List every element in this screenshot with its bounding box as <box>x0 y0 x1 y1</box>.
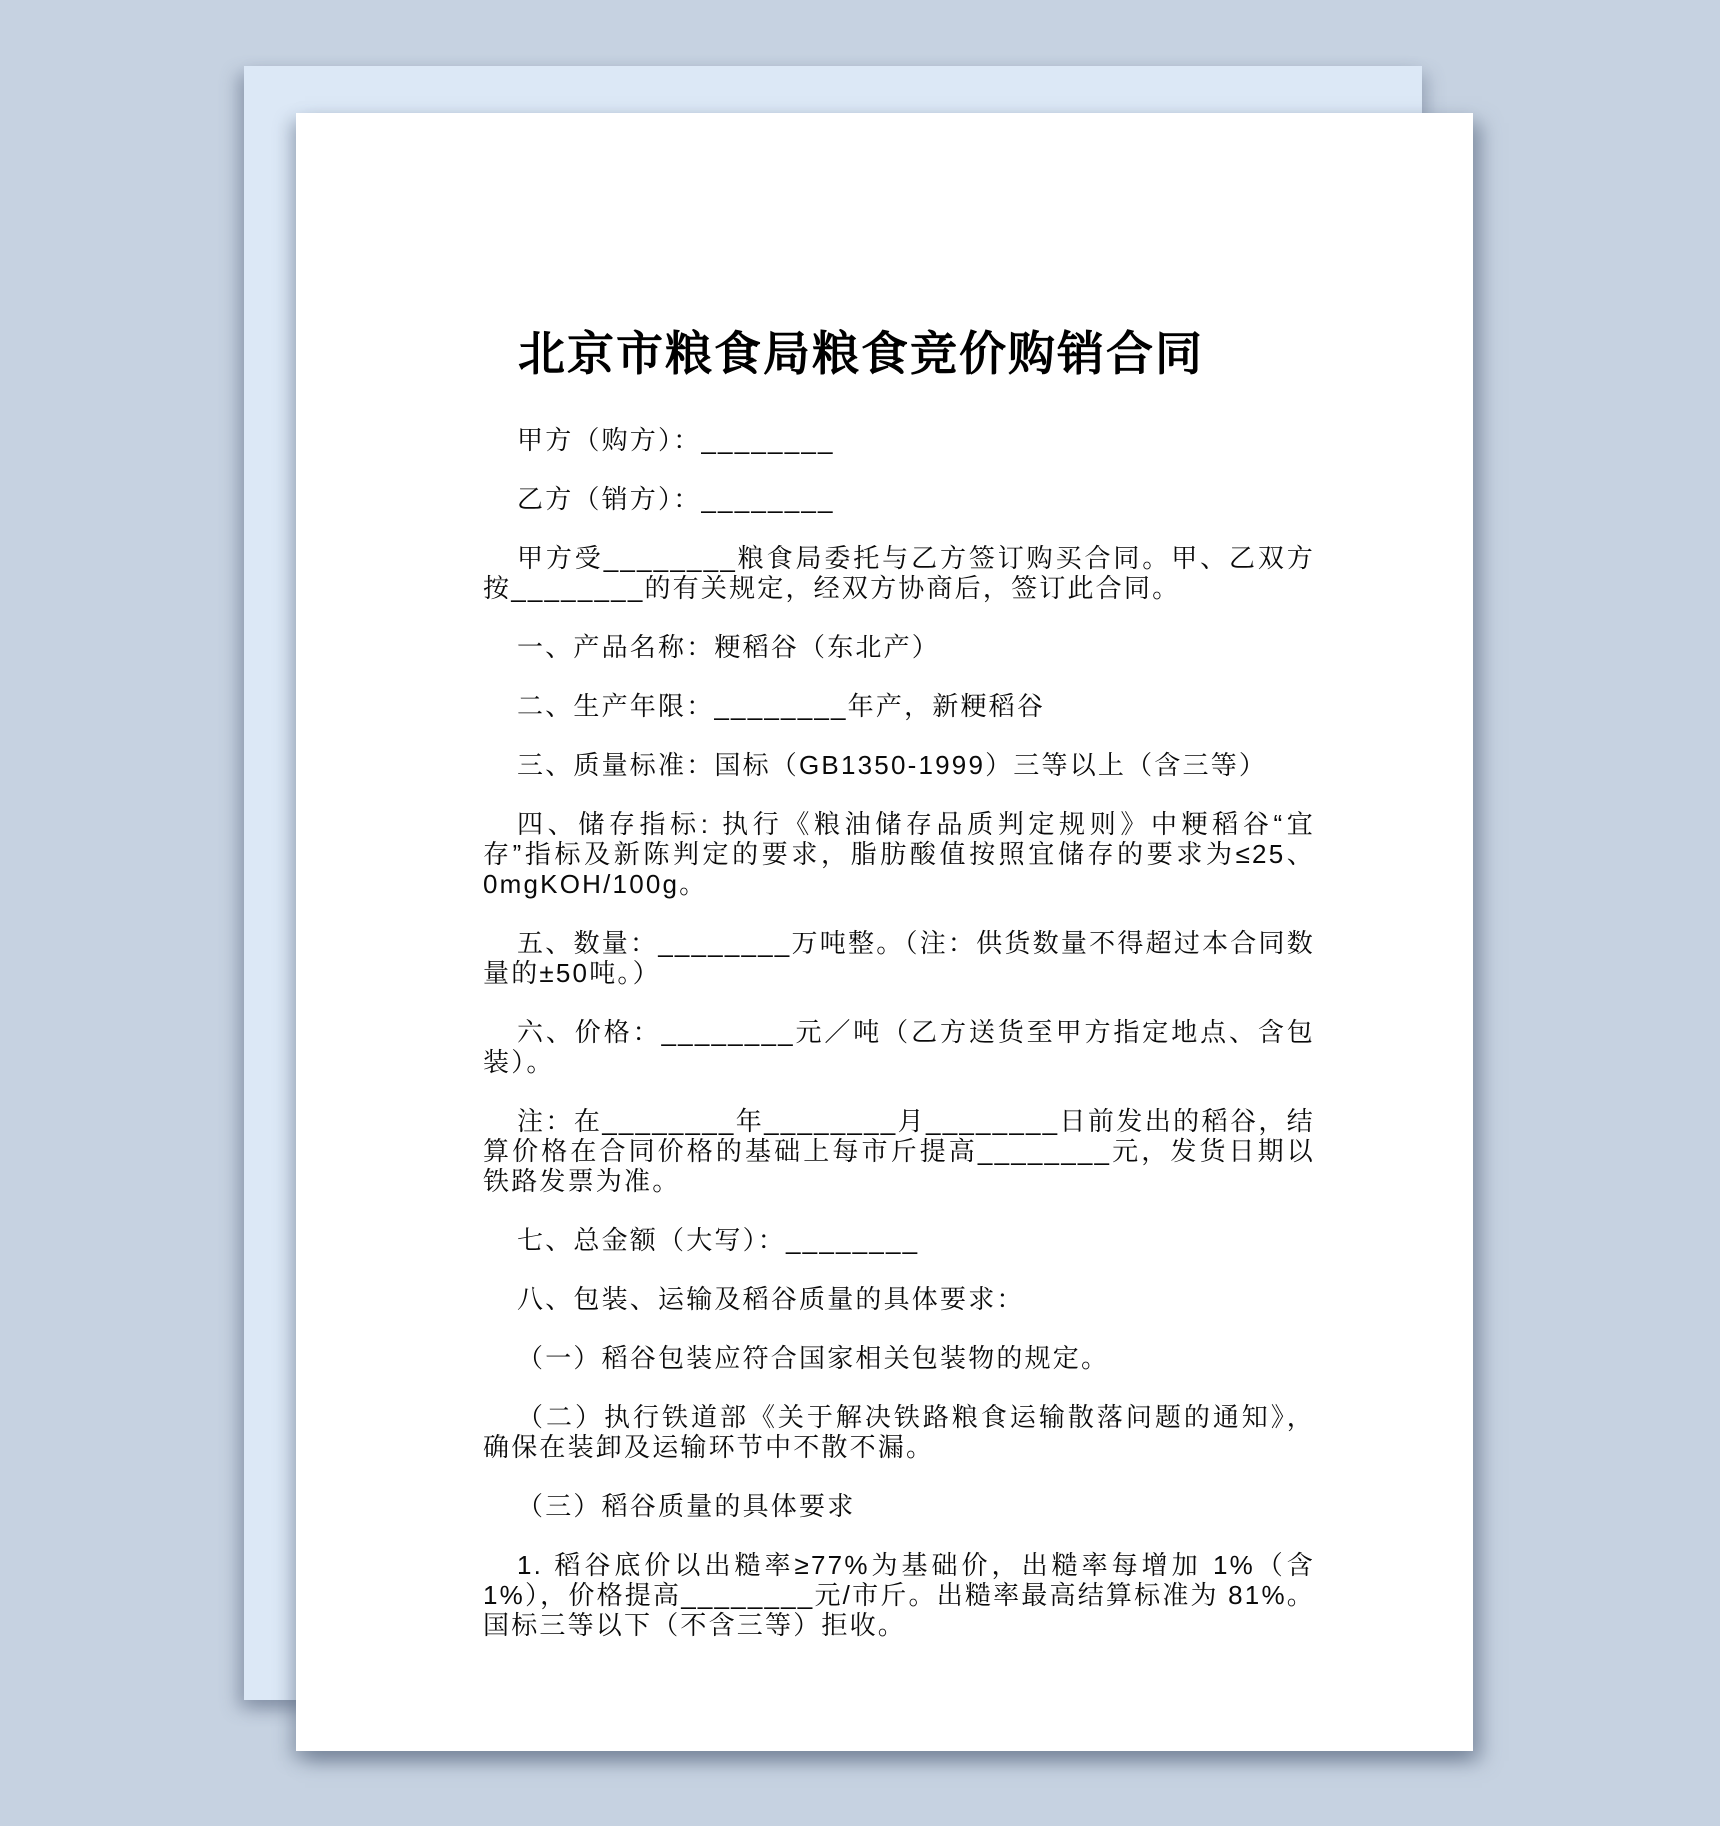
clause-3-quality-standard: 三、质量标准：国标（GB1350-1999）三等以上（含三等） <box>483 750 1315 780</box>
rice-base-price-rule: 1. 稻谷底价以出糙率≥77%为基础价，出糙率每增加 1%（含 1%），价格提高… <box>483 1550 1315 1640</box>
price-note: 注：在________年________月________日前发出的稻谷，结算价… <box>483 1106 1315 1196</box>
clause-1-product-name: 一、产品名称：粳稻谷（东北产） <box>483 632 1315 662</box>
clause-8-packaging-transport: 八、包装、运输及稻谷质量的具体要求： <box>483 1284 1315 1314</box>
party-a-line: 甲方（购方）：________ <box>483 425 1315 455</box>
clause-6-price: 六、价格：________元／吨（乙方送货至甲方指定地点、含包装）。 <box>483 1017 1315 1077</box>
clause-7-total-amount: 七、总金额（大写）：________ <box>483 1225 1315 1255</box>
clause-5-quantity: 五、数量：________万吨整。（注：供货数量不得超过本合同数量的±50吨。） <box>483 928 1315 988</box>
preamble: 甲方受________粮食局委托与乙方签订购买合同。甲、乙双方按________… <box>483 543 1315 603</box>
clause-2-production-year: 二、生产年限：________年产，新粳稻谷 <box>483 691 1315 721</box>
party-b-line: 乙方（销方）：________ <box>483 484 1315 514</box>
document-page: 北京市粮食局粮食竞价购销合同 甲方（购方）：________ 乙方（销方）：__… <box>296 113 1473 1751</box>
document-title: 北京市粮食局粮食竞价购销合同 <box>445 327 1277 381</box>
clause-8-item-3-quality-requirements: （三）稻谷质量的具体要求 <box>483 1491 1315 1521</box>
clause-4-storage-index: 四、储存指标: 执行《粮油储存品质判定规则》中粳稻谷“宜存”指标及新陈判定的要求… <box>483 809 1315 899</box>
desktop-background: 北京市粮食局粮食竞价购销合同 甲方（购方）：________ 乙方（销方）：__… <box>0 0 1720 1826</box>
clause-8-item-1-packaging: （一）稻谷包装应符合国家相关包装物的规定。 <box>483 1343 1315 1373</box>
clause-8-item-2-railway-notice: （二）执行铁道部《关于解决铁路粮食运输散落问题的通知》，确保在装卸及运输环节中不… <box>483 1402 1315 1462</box>
